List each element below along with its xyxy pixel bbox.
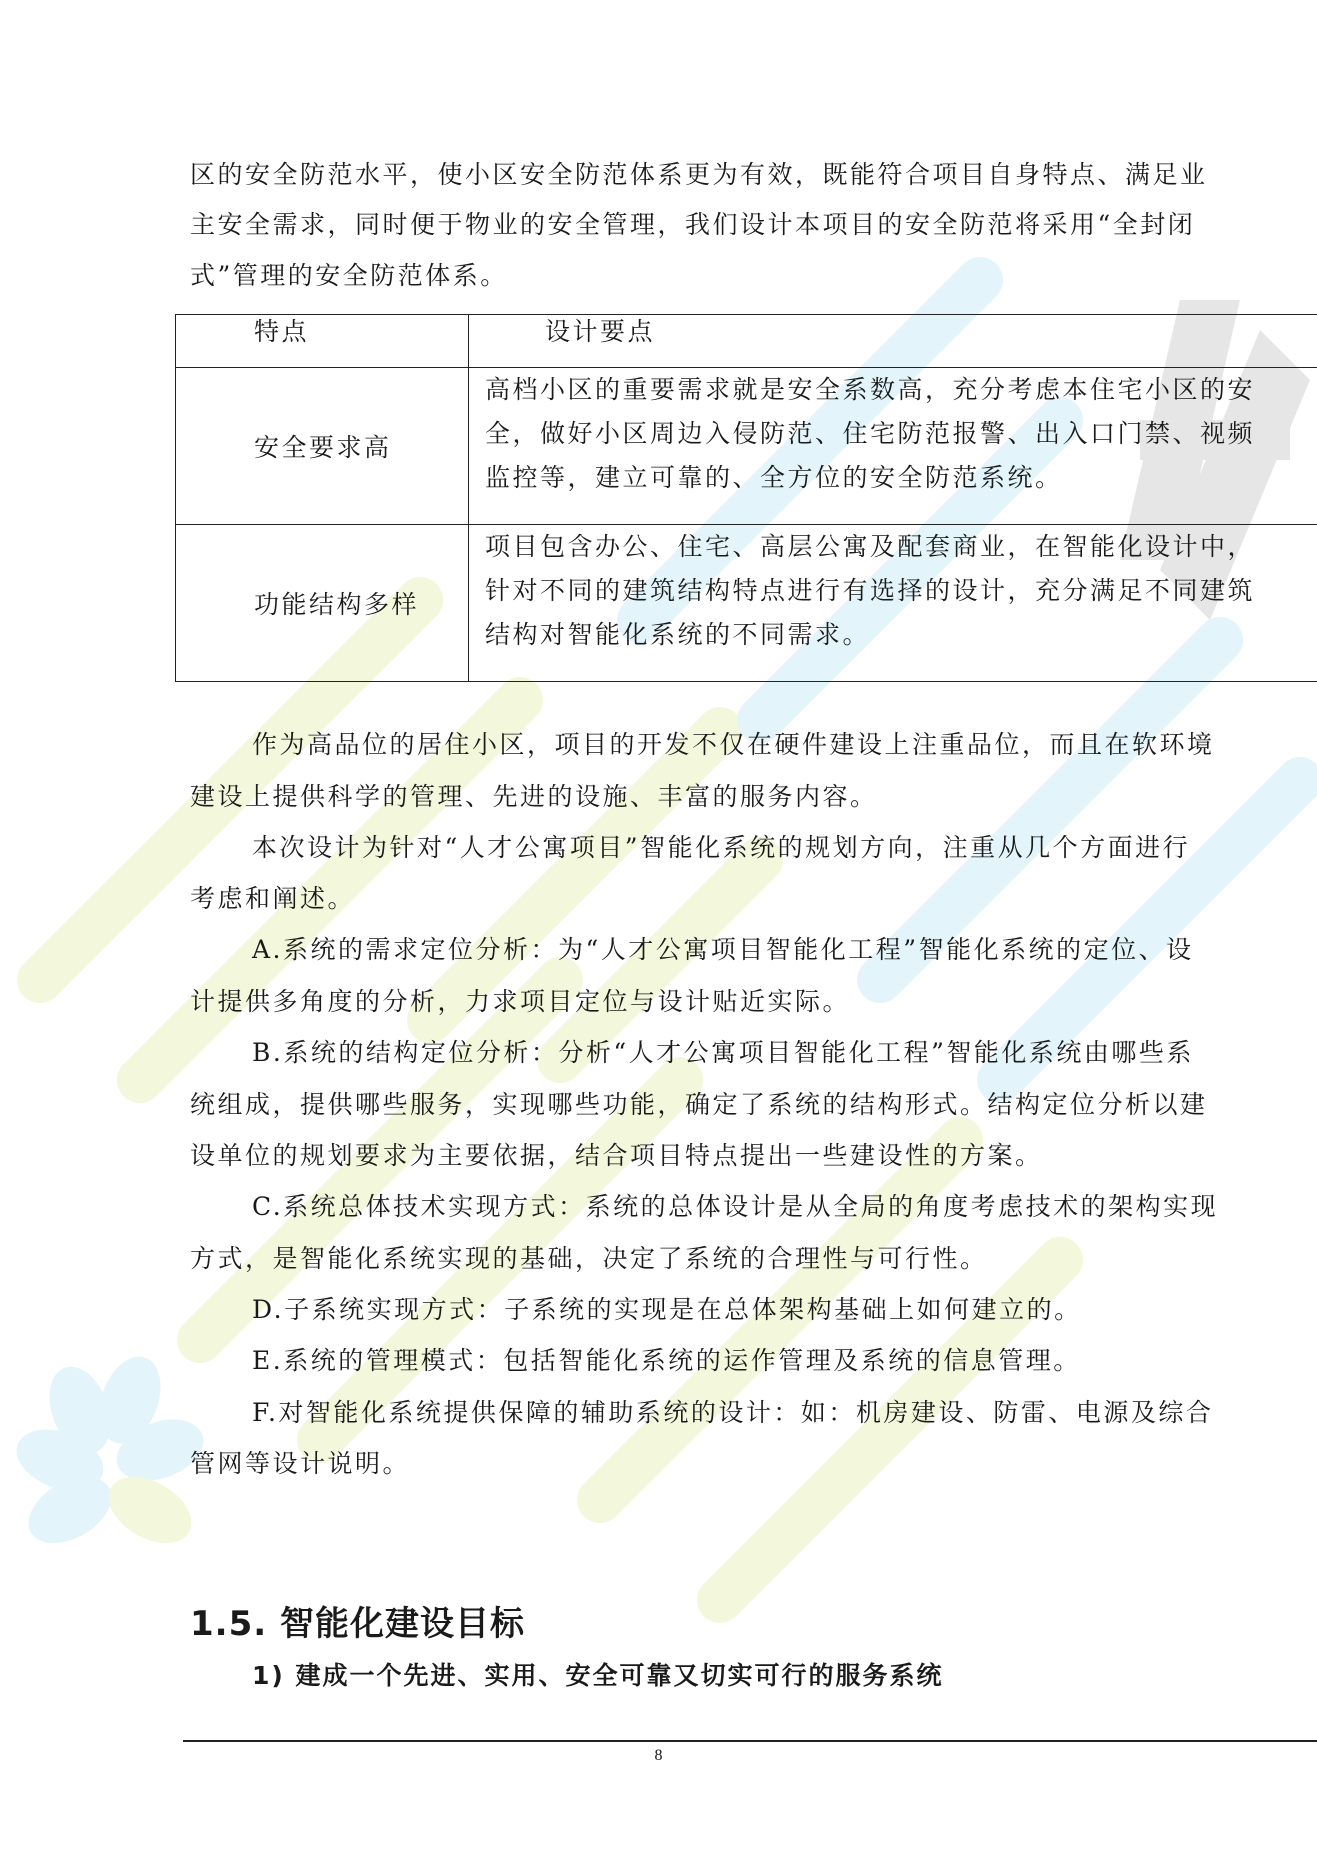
points-line: 高档小区的重要需求就是安全系数高，充分考虑本住宅小区的安: [469, 368, 1317, 412]
features-table: 特点 设计要点 安全要求高 高档小区的重要需求就是安全系数高，充分考虑本住宅小区…: [175, 314, 1317, 682]
page-number: 8: [0, 1747, 1317, 1765]
body-line: 管网等设计说明。: [190, 1449, 410, 1479]
table-row: 功能结构多样 项目包含办公、住宅、高层公寓及配套商业，在智能化设计中， 针对不同…: [176, 525, 1317, 682]
points-line: 监控等，建立可靠的、全方位的安全防范系统。: [469, 456, 1317, 500]
body-line: 统组成，提供哪些服务，实现哪些功能，确定了系统的结构形式。结构定位分析以建: [190, 1090, 1208, 1120]
points-line: 针对不同的建筑结构特点进行有选择的设计，充分满足不同建筑: [469, 569, 1317, 613]
table-row: 安全要求高 高档小区的重要需求就是安全系数高，充分考虑本住宅小区的安 全，做好小…: [176, 368, 1317, 525]
intro-line: 式”管理的安全防范体系。: [190, 261, 508, 291]
body-line: 考虑和阐述。: [190, 884, 355, 914]
body-line: F.对智能化系统提供保障的辅助系统的设计：如：机房建设、防雷、电源及综合: [252, 1398, 1213, 1428]
body-line: 作为高品位的居住小区，项目的开发不仅在硬件建设上注重品位，而且在软环境: [252, 730, 1215, 760]
section-heading: 1.5. 智能化建设目标: [190, 1596, 525, 1645]
body-line: E.系统的管理模式：包括智能化系统的运作管理及系统的信息管理。: [252, 1346, 1081, 1376]
table-cell-points: 项目包含办公、住宅、高层公寓及配套商业，在智能化设计中， 针对不同的建筑结构特点…: [469, 525, 1317, 682]
table-header-row: 特点 设计要点: [176, 315, 1317, 368]
table-cell-points: 高档小区的重要需求就是安全系数高，充分考虑本住宅小区的安 全，做好小区周边入侵防…: [469, 368, 1317, 525]
body-line: 设单位的规划要求为主要依据，结合项目特点提出一些建设性的方案。: [190, 1141, 1043, 1171]
table-cell-feature: 安全要求高: [176, 368, 469, 525]
intro-line: 主安全需求，同时便于物业的安全管理，我们设计本项目的安全防范将采用“全封闭: [190, 210, 1195, 240]
feature-label: 安全要求高: [176, 428, 468, 464]
points-line: 结构对智能化系统的不同需求。: [469, 613, 1317, 657]
points-line: 项目包含办公、住宅、高层公寓及配套商业，在智能化设计中，: [469, 525, 1317, 569]
body-line: C.系统总体技术实现方式：系统的总体设计是从全局的角度考虑技术的架构实现: [252, 1192, 1218, 1222]
feature-label: 功能结构多样: [176, 585, 468, 621]
body-line: D.子系统实现方式：子系统的实现是在总体架构基础上如何建立的。: [252, 1295, 1082, 1325]
body-line: 本次设计为针对“人才公寓项目”智能化系统的规划方向，注重从几个方面进行: [252, 833, 1190, 863]
header-feature: 特点: [176, 315, 468, 347]
body-line: 建设上提供科学的管理、先进的设施、丰富的服务内容。: [190, 782, 878, 812]
header-design-points: 设计要点: [469, 315, 1317, 347]
body-line: B.系统的结构定位分析：分析“人才公寓项目智能化工程”智能化系统由哪些系: [252, 1038, 1194, 1068]
table-header-cell: 特点: [176, 315, 469, 368]
points-line: 全，做好小区周边入侵防范、住宅防范报警、出入口门禁、视频: [469, 412, 1317, 456]
body-line: 计提供多角度的分析，力求项目定位与设计贴近实际。: [190, 987, 850, 1017]
footer-divider: [183, 1740, 1317, 1742]
body-line: A.系统的需求定位分析：为“人才公寓项目智能化工程”智能化系统的定位、设: [252, 935, 1194, 965]
intro-line: 区的安全防范水平，使小区安全防范体系更为有效，既能符合项目自身特点、满足业: [190, 160, 1208, 190]
table-cell-feature: 功能结构多样: [176, 525, 469, 682]
document-page: 区的安全防范水平，使小区安全防范体系更为有效，既能符合项目自身特点、满足业 主安…: [0, 0, 1317, 1865]
body-line: 方式，是智能化系统实现的基础，决定了系统的合理性与可行性。: [190, 1244, 988, 1274]
table-header-cell: 设计要点: [469, 315, 1317, 368]
subsection-heading: 1) 建成一个先进、实用、安全可靠又切实可行的服务系统: [252, 1656, 944, 1692]
